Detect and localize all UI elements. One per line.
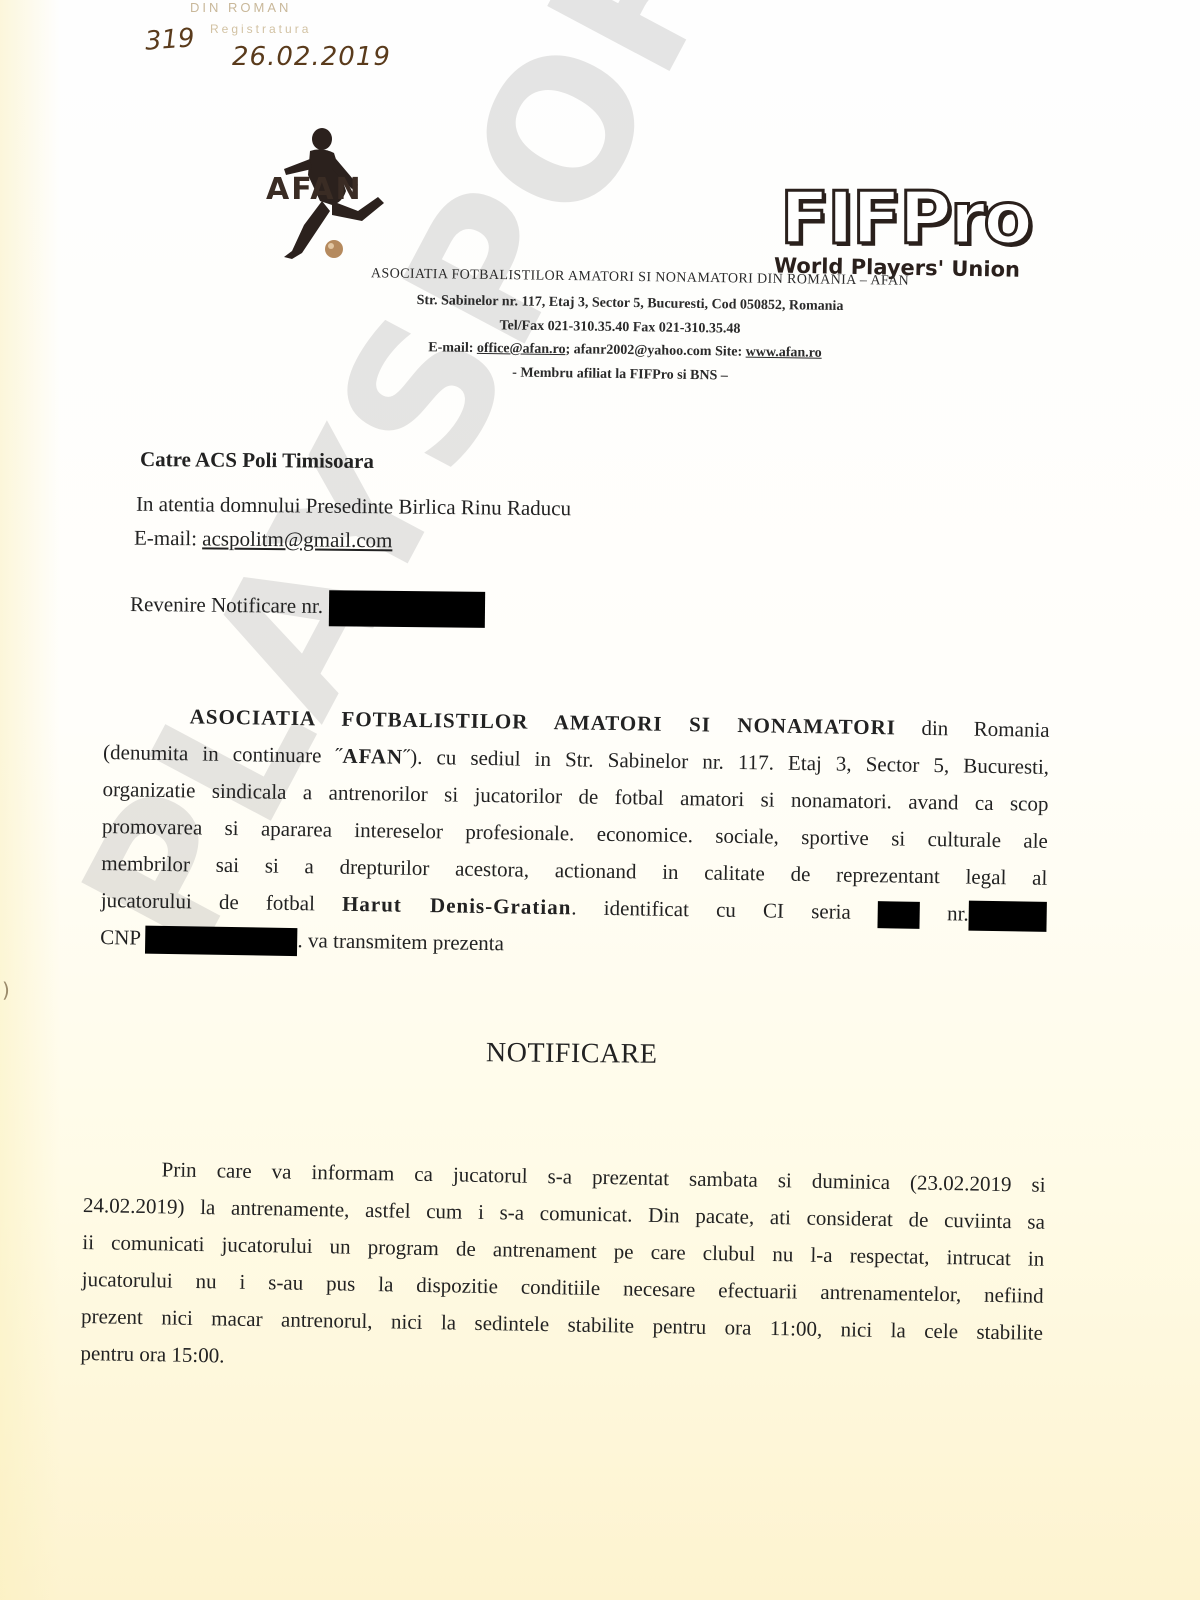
fifpro-logo: FIFPro World Players' Union <box>780 182 1060 280</box>
letterhead-affiliation: - Membru afiliat la FIFPro si BNS – <box>180 361 1060 389</box>
intro-paragraph: ASOCIATIA FOTBALISTILOR AMATORI SI NONAM… <box>100 697 1050 971</box>
stamp-organization: DIN ROMAN <box>190 0 291 15</box>
reference-label: Revenire Notificare nr. <box>130 592 323 618</box>
addressee-email-link[interactable]: acspolitm@gmail.com <box>202 526 392 552</box>
afan-logo: AFAN <box>262 125 397 265</box>
reference-line: Revenire Notificare nr. <box>130 588 485 628</box>
document-title: NOTIFICARE <box>486 1037 658 1070</box>
redacted-reference-number <box>329 590 485 628</box>
addressee-to: Catre ACS Poli Timisoara <box>140 447 374 474</box>
addressee-email-line: E-mail: acspolitm@gmail.com <box>134 526 393 554</box>
letterhead-email-separator: ; <box>565 342 570 357</box>
notification-body: Prin care va informam ca jucatorul s-a p… <box>80 1150 1046 1389</box>
registry-stamp: DIN ROMAN Registratura 319 26.02.2019 <box>140 0 400 80</box>
stamp-date: 26.02.2019 <box>232 42 391 72</box>
redacted-id-number <box>968 901 1046 932</box>
afan-logo-text: AFAN <box>266 172 363 207</box>
letterhead-email-label: E-mail: <box>428 340 473 356</box>
letterhead-site-link[interactable]: www.afan.ro <box>746 345 822 361</box>
stamp-number: 319 <box>144 23 196 56</box>
letterhead-email-1-link[interactable]: office@afan.ro <box>477 341 566 357</box>
letterhead-address: Str. Sabinelor nr. 117, Etaj 3, Sector 5… <box>190 290 1070 318</box>
letterhead-contact: E-mail: office@afan.ro; afanr2002@yahoo.… <box>185 337 1065 365</box>
redacted-cnp <box>145 926 297 956</box>
edge-mark: ) <box>2 978 10 1002</box>
addressee-attention: In atentia domnului Presedinte Birlica R… <box>136 492 571 522</box>
addressee-email-label: E-mail: <box>134 526 197 551</box>
letterhead-site-label: Site: <box>715 344 742 359</box>
fifpro-wordmark: FIFPro <box>780 182 1060 254</box>
letterhead-email-2: afanr2002@yahoo.com <box>574 342 712 359</box>
document-page: PLAYSPORT DIN ROMAN Registratura 319 26.… <box>0 0 1200 1600</box>
redacted-id-series <box>878 901 920 929</box>
page-edge-shade <box>0 0 60 1600</box>
stamp-register-label: Registratura <box>210 22 311 36</box>
